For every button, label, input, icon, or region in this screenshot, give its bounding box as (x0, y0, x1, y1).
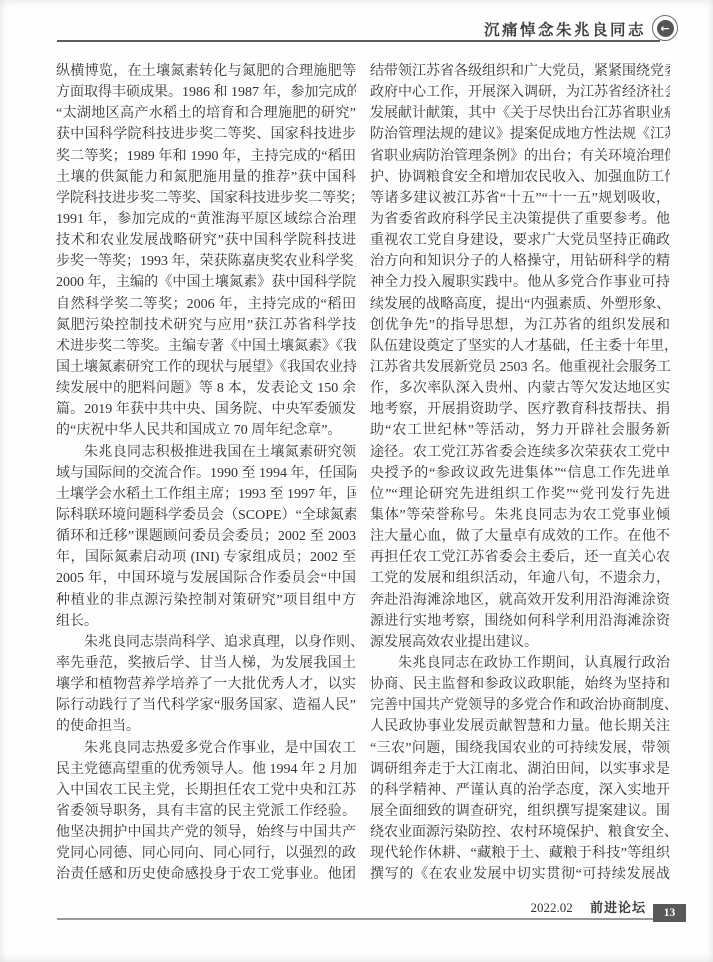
text-line: 央授予的“参政议政先进集体”“信息工作先进单 (370, 463, 670, 484)
footer-journal-info: 2022.02 前进论坛 (530, 897, 646, 916)
text-line: 学院科技进步奖二等奖、国家科技进步奖二等奖； (56, 188, 356, 209)
text-line: 他坚决拥护中国共产党的领导，始终与中国共产 (56, 822, 356, 843)
text-line: 获中国科学院科技进步奖二等奖、国家科技进步 (56, 124, 356, 145)
text-line: 协商、民主监督和参政议政职能，始终为坚持和 (370, 674, 670, 695)
text-line: 步奖一等奖；1993 年，荣获陈嘉庚奖农业科学奖； (56, 251, 356, 272)
footer-journal-name: 前进论坛 (590, 900, 646, 915)
text-line: 重视农工党自身建设，要求广大党员坚持正确政 (370, 230, 670, 251)
text-line: 现代轮作休耕、“藏粮于土、藏粮于科技”等组织 (370, 843, 670, 864)
text-line: 人民政协事业发展贡献智慧和力量。他长期关注 (370, 716, 670, 737)
text-line: 展全面细致的调查研究，组织撰写提案建议。围 (370, 801, 670, 822)
text-line: 创优争先”的指导思想，为江苏省的组织发展和 (370, 315, 670, 336)
header-rule (57, 40, 660, 42)
text-line: 入中国农工民主党，长期担任农工党中央和江苏 (56, 780, 356, 801)
text-line: 术进步奖二等奖。主编专著《中国土壤氮素》《我 (56, 336, 356, 357)
text-line: 循环和迁移”课题顾问委员会委员；2002 至 2003 (56, 526, 356, 547)
text-line: 奔赴沿海滩涂地区，就高效开发利用沿海滩涂资 (370, 590, 670, 611)
text-line: 奖二等奖；1989 年和 1990 年，主持完成的“稻田 (56, 146, 356, 167)
text-line: 率先垂范，奖掖后学、甘当人梯，为发展我国土 (56, 653, 356, 674)
text-line: 际科联环境问题科学委员会（SCOPE）“全球氮素 (56, 505, 356, 526)
text-line: 的科学精神、严谨认真的治学态度，深入实地开 (370, 780, 670, 801)
text-line: 集体”等荣誉称号。朱兆良同志为农工党事业倾 (370, 505, 670, 526)
text-line: 2005 年，中国环境与发展国际合作委员会“中国 (56, 568, 356, 589)
text-line: 护、协调粮食安全和增加农民收入、加强血防工作 (370, 167, 670, 188)
footer-issue: 2022.02 (530, 900, 572, 915)
text-line: 再担任农工党江苏省委会主委后，还一直关心农 (370, 547, 670, 568)
text-line: 调研组奔走于大江南北、湖泊田间，以实事求是 (370, 759, 670, 780)
text-line: 党同心同德、同心同向、同心同行，以强烈的政 (56, 843, 356, 864)
text-line: 注大量心血，做了大量卓有成效的工作。在他不 (370, 526, 670, 547)
text-line: 的使命担当。 (56, 716, 356, 737)
text-line: 治责任感和历史使命感投身于农工党事业。他团 (56, 864, 356, 885)
footer-rule (57, 918, 653, 920)
text-line: 朱兆良同志积极推进我国在土壤氮素研究领 (56, 442, 356, 463)
text-line: 作，多次率队深入贵州、内蒙古等欠发达地区实 (370, 378, 670, 399)
text-line: 国土壤氮素研究工作的现状与展望》《我国农业持 (56, 357, 356, 378)
text-line: 省委领导职务，具有丰富的民主党派工作经验。 (56, 801, 356, 822)
text-line: 壤学和植物营养学培养了一大批优秀人才，以实 (56, 674, 356, 695)
text-line: 防治管理法规的建议》提案促成地方性法规《江苏 (370, 124, 670, 145)
text-line: 朱兆良同志崇尚科学、追求真理，以身作则、 (56, 632, 356, 653)
text-line: 续发展中的肥料问题》等 8 本，发表论文 150 余 (56, 378, 356, 399)
text-line: 朱兆良同志热爱多党合作事业，是中国农工 (56, 738, 356, 759)
return-arrow-icon: ← (652, 15, 678, 41)
text-line: 组长。 (56, 611, 356, 632)
text-line: 的“庆祝中华人民共和国成立 70 周年纪念章”。 (56, 420, 356, 441)
text-line: 为省委省政府科学民主决策提供了重要参考。他 (370, 209, 670, 230)
text-line: 等诸多建议被江苏省“十五”“十一五”规划吸收， (370, 188, 670, 209)
article-column-right: 结带领江苏省各级组织和广大党员，紧紧围绕党委政府中心工作，开展深入调研，为江苏省… (370, 61, 670, 885)
return-arrow-glyph: ← (657, 20, 674, 37)
text-line: 地考察，开展捐资助学、医疗教育科技帮扶、捐 (370, 399, 670, 420)
article-body: 纵横博览，在土壤氮素转化与氮肥的合理施肥等方面取得丰硕成果。1986 和 198… (56, 61, 670, 885)
running-head-title: 沉痛悼念朱兆良同志 (484, 18, 646, 40)
text-line: 撰写的《在农业发展中切实贯彻“可持续发展战 (370, 864, 670, 885)
text-line: 技术和农业发展战略研究”获中国科学院科技进 (56, 230, 356, 251)
text-line: 年，国际氮素启动项 (INI) 专家组成员；2002 至 (56, 547, 356, 568)
text-line: 政府中心工作，开展深入调研，为江苏省经济社会 (370, 82, 670, 103)
text-line: 江苏省共发展新党员 2503 名。他重视社会服务工 (370, 357, 670, 378)
text-line: 篇。2019 年获中共中央、国务院、中央军委颁发 (56, 399, 356, 420)
text-line: 朱兆良同志在政协工作期间，认真履行政治 (370, 653, 670, 674)
text-line: 际行动践行了当代科学家“服务国家、造福人民” (56, 695, 356, 716)
text-line: 治方向和知识分子的人格操守，用钻研科学的精 (370, 251, 670, 272)
text-line: 省职业病防治管理条例》的出台；有关环境治理保 (370, 146, 670, 167)
text-line: 完善中国共产党领导的多党合作和政治协商制度、 (370, 695, 670, 716)
text-line: 队伍建设奠定了坚实的人才基础，任主委十年里， (370, 336, 670, 357)
text-line: 1991 年，参加完成的“黄淮海平原区域综合治理 (56, 209, 356, 230)
text-line: 途径。农工党江苏省委会连续多次荣获农工党中 (370, 442, 670, 463)
text-line: 民主党德高望重的优秀领导人。他 1994 年 2 月加 (56, 759, 356, 780)
text-line: “太湖地区高产水稻土的培育和合理施肥的研究” (56, 103, 356, 124)
text-line: “三农”问题，围绕我国农业的可持续发展，带领 (370, 738, 670, 759)
text-line: 域与国际间的交流合作。1990 至 1994 年，任国际 (56, 463, 356, 484)
text-line: 绕农业面源污染防控、农村环境保护、粮食安全、 (370, 822, 670, 843)
text-line: 神全力投入履职实践中。他从多党合作事业可持 (370, 272, 670, 293)
text-line: 工党的发展和组织活动，年逾八旬，不遗余力， (370, 568, 670, 589)
text-line: 纵横博览，在土壤氮素转化与氮肥的合理施肥等 (56, 61, 356, 82)
text-line: 发展献计献策，其中《关于尽快出台江苏省职业病 (370, 103, 670, 124)
text-line: 助“农工世纪林”等活动，努力开辟社会服务新 (370, 420, 670, 441)
text-line: 土壤的供氮能力和氮肥施用量的推荐”获中国科 (56, 167, 356, 188)
text-line: 续发展的战略高度，提出“内强素质、外塑形象、 (370, 294, 670, 315)
text-line: 方面取得丰硕成果。1986 和 1987 年，参加完成的 (56, 82, 356, 103)
text-line: 位”“理论研究先进组织工作奖”“党刊发行先进 (370, 484, 670, 505)
text-line: 氮肥污染控制技术研究与应用”获江苏省科学技 (56, 315, 356, 336)
text-line: 源发展高效农业提出建议。 (370, 632, 670, 653)
text-line: 2000 年，主编的《中国土壤氮素》获中国科学院 (56, 272, 356, 293)
page-number-badge: 13 (653, 904, 686, 922)
article-column-left: 纵横博览，在土壤氮素转化与氮肥的合理施肥等方面取得丰硕成果。1986 和 198… (56, 61, 356, 885)
journal-page: 沉痛悼念朱兆良同志 ← 纵横博览，在土壤氮素转化与氮肥的合理施肥等方面取得丰硕成… (0, 0, 713, 962)
text-line: 自然科学奖二等奖；2006 年，主持完成的“稻田 (56, 294, 356, 315)
text-line: 源进行实地考察，围绕如何科学利用沿海滩涂资 (370, 611, 670, 632)
text-line: 结带领江苏省各级组织和广大党员，紧紧围绕党委 (370, 61, 670, 82)
text-line: 土壤学会水稻土工作组主席；1993 至 1997 年，国 (56, 484, 356, 505)
text-line: 种植业的非点源污染控制对策研究”项目组中方 (56, 590, 356, 611)
